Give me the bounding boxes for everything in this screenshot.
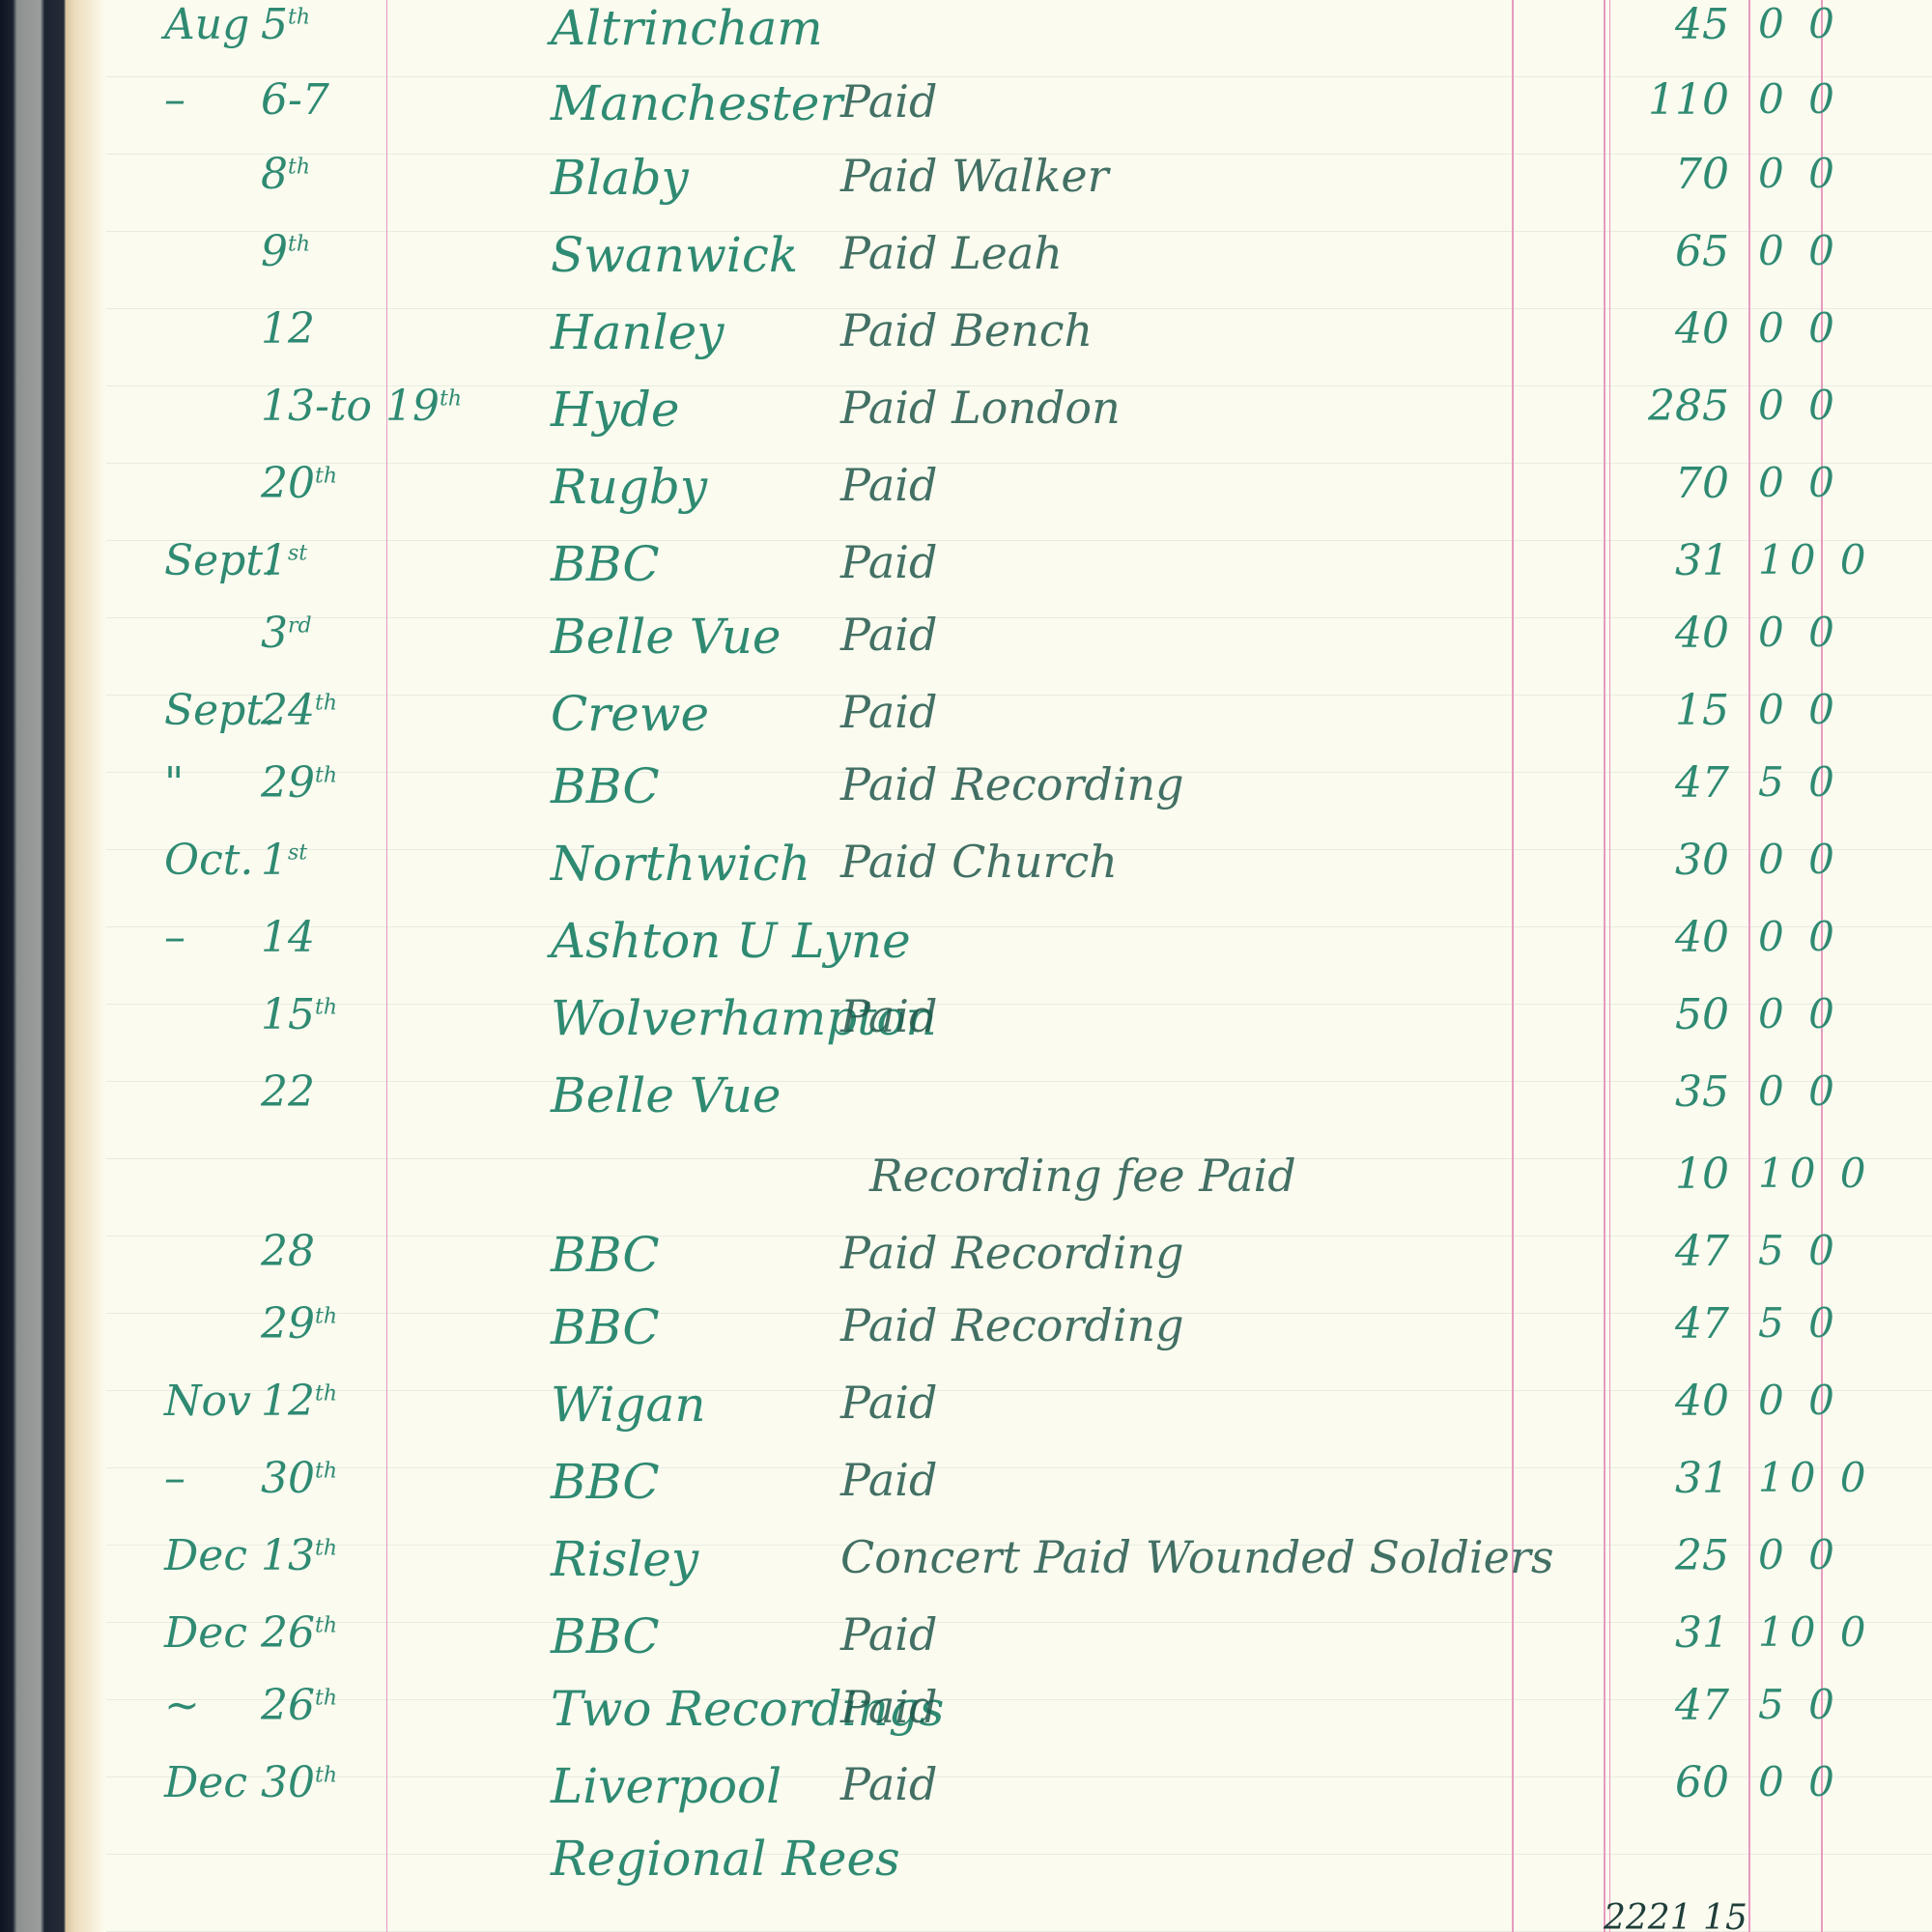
entry-month: Dec: [164, 1608, 247, 1658]
entry-day: 22: [261, 1067, 315, 1117]
entry-amount-pounds: 47: [1604, 1227, 1729, 1276]
entry-amount-pounds: 47: [1604, 758, 1729, 808]
entry-day: 3rd: [261, 609, 312, 658]
entry-month: Aug: [164, 0, 249, 49]
ledger-row: Oct.1stNorthwichPaid Church300 0: [0, 836, 1932, 913]
entry-description: Northwich: [551, 836, 810, 892]
entry-description: Risley: [551, 1531, 698, 1587]
entry-annotation: Paid Recording: [840, 758, 1184, 810]
entry-amount-pounds: 70: [1604, 459, 1729, 508]
entry-amount-shillings-pence: 0 0: [1758, 150, 1903, 197]
ledger-row: Sept.24thCrewePaid150 0: [0, 686, 1932, 763]
day-ordinal-suffix: th: [288, 5, 310, 29]
entry-day: 9th: [261, 227, 310, 276]
entry-amount-shillings-pence: 10 0: [1758, 1150, 1903, 1197]
entry-day: 29th: [261, 1299, 337, 1349]
entry-day: 30th: [261, 1454, 337, 1503]
entry-month: –: [164, 75, 185, 125]
entry-amount-shillings-pence: 10 0: [1758, 1608, 1903, 1656]
entry-day: 15th: [261, 990, 337, 1039]
entry-description: BBC: [551, 1227, 660, 1283]
entry-annotation: Recording fee Paid: [869, 1150, 1296, 1202]
entry-description: Regional Rees: [551, 1831, 900, 1887]
entry-annotation: Paid Recording: [840, 1227, 1184, 1279]
ledger-row: 22Belle Vue350 0: [0, 1067, 1932, 1145]
entry-day: 28: [261, 1227, 315, 1276]
entry-amount-pounds: 40: [1604, 1377, 1729, 1426]
ledger-row: Dec30thLiverpoolPaid600 0: [0, 1758, 1932, 1835]
entry-day: 14: [261, 913, 315, 962]
entry-annotation: Paid: [840, 536, 937, 588]
entry-annotation: Paid: [840, 990, 937, 1042]
entry-day: 24th: [261, 686, 337, 735]
ledger-row: –14Ashton U Lyne400 0: [0, 913, 1932, 990]
day-ordinal-suffix: th: [315, 1613, 337, 1637]
ledger-row: 13-to 19thHydePaid London2850 0: [0, 382, 1932, 459]
day-ordinal-suffix: th: [315, 1536, 337, 1560]
ledger-row: 12HanleyPaid Bench400 0: [0, 304, 1932, 382]
entry-amount-shillings-pence: 0 0: [1758, 459, 1903, 506]
entry-amount-shillings-pence: 0 0: [1758, 609, 1903, 656]
entry-amount-shillings-pence: 0 0: [1758, 0, 1903, 47]
entry-amount-shillings-pence: 0 0: [1758, 913, 1903, 960]
entry-amount-pounds: 47: [1604, 1299, 1729, 1349]
entry-amount-pounds: 45: [1604, 0, 1729, 49]
entry-amount-pounds: 10: [1604, 1150, 1729, 1199]
entry-annotation: Paid: [840, 1454, 937, 1506]
entry-amount-shillings-pence: 0 0: [1758, 382, 1903, 429]
ledger-row: Recording fee Paid1010 0: [0, 1150, 1932, 1227]
day-ordinal-suffix: th: [315, 1304, 337, 1328]
entry-day: 26th: [261, 1681, 337, 1730]
ledger-row: 3rdBelle VuePaid400 0: [0, 609, 1932, 686]
entry-day: 26th: [261, 1608, 337, 1658]
partial-total: 2221 15: [1604, 1898, 1747, 1932]
ledger-row: –30thBBCPaid3110 0: [0, 1454, 1932, 1531]
entry-description: Hyde: [551, 382, 679, 438]
entry-amount-shillings-pence: 0 0: [1758, 1377, 1903, 1424]
entry-description: BBC: [551, 1299, 660, 1355]
entry-description: Altrincham: [551, 0, 823, 56]
day-ordinal-suffix: th: [288, 155, 310, 179]
day-ordinal-suffix: th: [315, 464, 337, 488]
day-ordinal-suffix: th: [315, 691, 337, 715]
entry-amount-pounds: 110: [1604, 75, 1729, 125]
entry-amount-shillings-pence: 0 0: [1758, 1531, 1903, 1578]
day-ordinal-suffix: st: [288, 541, 307, 565]
entry-annotation: Paid: [840, 1758, 937, 1810]
entry-annotation: Paid: [840, 1681, 937, 1733]
entry-description: Belle Vue: [551, 609, 781, 665]
entry-description: Swanwick: [551, 227, 798, 283]
ledger-row: 9thSwanwickPaid Leah650 0: [0, 227, 1932, 304]
entry-annotation: Paid: [840, 609, 937, 661]
entry-amount-pounds: 15: [1604, 686, 1729, 735]
day-ordinal-suffix: rd: [288, 613, 312, 638]
entry-month: –: [164, 913, 185, 962]
entry-description: BBC: [551, 758, 660, 814]
entry-annotation: Paid Leah: [840, 227, 1063, 279]
entry-description: BBC: [551, 1608, 660, 1664]
entry-description: Wigan: [551, 1377, 706, 1433]
ledger-row: Dec13thRisleyConcert Paid Wounded Soldie…: [0, 1531, 1932, 1608]
entry-amount-shillings-pence: 0 0: [1758, 686, 1903, 733]
entry-annotation: Paid Recording: [840, 1299, 1184, 1351]
day-ordinal-suffix: th: [315, 763, 337, 787]
entry-month: Sept.: [164, 686, 276, 735]
entry-amount-pounds: 31: [1604, 536, 1729, 585]
day-ordinal-suffix: st: [288, 840, 307, 865]
entry-day: 1st: [261, 536, 307, 585]
entry-day: 5th: [261, 0, 310, 49]
entry-annotation: Paid Walker: [840, 150, 1109, 202]
ledger-row: 15thWolverhamptonPaid500 0: [0, 990, 1932, 1067]
entry-month: ": [164, 758, 184, 808]
entry-month: Dec: [164, 1758, 247, 1807]
entry-annotation: Concert Paid Wounded Soldiers: [840, 1531, 1553, 1583]
entry-amount-shillings-pence: 10 0: [1758, 536, 1903, 583]
entry-description: Liverpool: [551, 1758, 781, 1814]
entry-description: BBC: [551, 536, 660, 592]
entry-amount-pounds: 50: [1604, 990, 1729, 1039]
entry-amount-pounds: 25: [1604, 1531, 1729, 1580]
entry-amount-shillings-pence: 0 0: [1758, 836, 1903, 883]
entry-description: Rugby: [551, 459, 707, 515]
entry-description: Ashton U Lyne: [551, 913, 911, 969]
entry-amount-shillings-pence: 5 0: [1758, 758, 1903, 806]
day-ordinal-suffix: th: [315, 1763, 337, 1787]
entry-amount-shillings-pence: 0 0: [1758, 227, 1903, 274]
entry-description: BBC: [551, 1454, 660, 1510]
ledger-row: Dec26thBBCPaid3110 0: [0, 1608, 1932, 1686]
entry-amount-pounds: 47: [1604, 1681, 1729, 1730]
entry-annotation: Paid London: [840, 382, 1121, 434]
entry-amount-shillings-pence: 5 0: [1758, 1681, 1903, 1728]
ledger-row: 20thRugbyPaid700 0: [0, 459, 1932, 536]
entry-amount-pounds: 31: [1604, 1454, 1729, 1503]
entry-day: 13-to 19th: [261, 382, 462, 431]
entry-amount-pounds: 60: [1604, 1758, 1729, 1807]
ledger-row: 28BBCPaid Recording475 0: [0, 1227, 1932, 1304]
entry-amount-shillings-pence: 0 0: [1758, 1067, 1903, 1115]
entry-description: Manchester: [551, 75, 842, 131]
entry-day: 13th: [261, 1531, 337, 1580]
entry-amount-shillings-pence: 0 0: [1758, 990, 1903, 1037]
entry-amount-shillings-pence: 5 0: [1758, 1227, 1903, 1274]
entry-day: 30th: [261, 1758, 337, 1807]
day-ordinal-suffix: th: [440, 386, 462, 411]
entry-amount-pounds: 70: [1604, 150, 1729, 199]
ledger-row: ~26thTwo RecordingsPaid475 0: [0, 1681, 1932, 1758]
day-ordinal-suffix: th: [288, 232, 310, 256]
entry-month: –: [164, 1454, 185, 1503]
ledger-row: "29thBBCPaid Recording475 0: [0, 758, 1932, 836]
ledger-row: –6-7ManchesterPaid1100 0: [0, 75, 1932, 153]
entry-annotation: Paid: [840, 686, 937, 738]
entry-description: Hanley: [551, 304, 724, 360]
entry-annotation: Paid: [840, 1608, 937, 1661]
ledger-row: 8thBlabyPaid Walker700 0: [0, 150, 1932, 227]
entry-day: 12: [261, 304, 315, 354]
entry-amount-shillings-pence: 5 0: [1758, 1299, 1903, 1347]
entry-amount-pounds: 35: [1604, 1067, 1729, 1117]
ledger-row: 29thBBCPaid Recording475 0: [0, 1299, 1932, 1377]
entry-amount-pounds: 30: [1604, 836, 1729, 885]
entry-amount-pounds: 40: [1604, 304, 1729, 354]
day-ordinal-suffix: th: [315, 1686, 337, 1710]
entry-description: Blaby: [551, 150, 689, 206]
day-ordinal-suffix: th: [315, 1459, 337, 1483]
entry-annotation: Paid Church: [840, 836, 1118, 888]
entry-day: 20th: [261, 459, 337, 508]
entry-amount-pounds: 40: [1604, 913, 1729, 962]
ledger-row: Aug5thAltrincham450 0: [0, 0, 1932, 77]
entry-amount-pounds: 31: [1604, 1608, 1729, 1658]
entry-annotation: Paid: [840, 1377, 937, 1429]
entry-day: 8th: [261, 150, 310, 199]
entry-annotation: Paid: [840, 459, 937, 511]
entry-amount-shillings-pence: 10 0: [1758, 1454, 1903, 1501]
entry-amount-shillings-pence: 0 0: [1758, 75, 1903, 123]
entry-month: Sept.: [164, 536, 276, 585]
entry-annotation: Paid Bench: [840, 304, 1093, 356]
entry-day: 1st: [261, 836, 307, 885]
entry-month: Oct.: [164, 836, 253, 885]
entry-amount-pounds: 40: [1604, 609, 1729, 658]
entry-amount-shillings-pence: 0 0: [1758, 304, 1903, 352]
entry-day: 29th: [261, 758, 337, 808]
entry-month: Nov: [164, 1377, 251, 1426]
ledger-row: Regional Rees: [0, 1831, 1932, 1908]
entry-amount-shillings-pence: 0 0: [1758, 1758, 1903, 1805]
entry-day: 12th: [261, 1377, 337, 1426]
entry-annotation: Paid: [840, 75, 937, 128]
entry-month: ~: [164, 1681, 200, 1730]
entry-description: Belle Vue: [551, 1067, 781, 1123]
ledger-row: Sept.1stBBCPaid3110 0: [0, 536, 1932, 613]
entry-amount-pounds: 285: [1604, 382, 1729, 431]
day-ordinal-suffix: th: [315, 995, 337, 1019]
entry-day: 6-7: [261, 75, 329, 125]
day-ordinal-suffix: th: [315, 1381, 337, 1406]
entry-amount-pounds: 65: [1604, 227, 1729, 276]
entry-description: Crewe: [551, 686, 709, 742]
entry-month: Dec: [164, 1531, 247, 1580]
ledger-row: Nov12thWiganPaid400 0: [0, 1377, 1932, 1454]
